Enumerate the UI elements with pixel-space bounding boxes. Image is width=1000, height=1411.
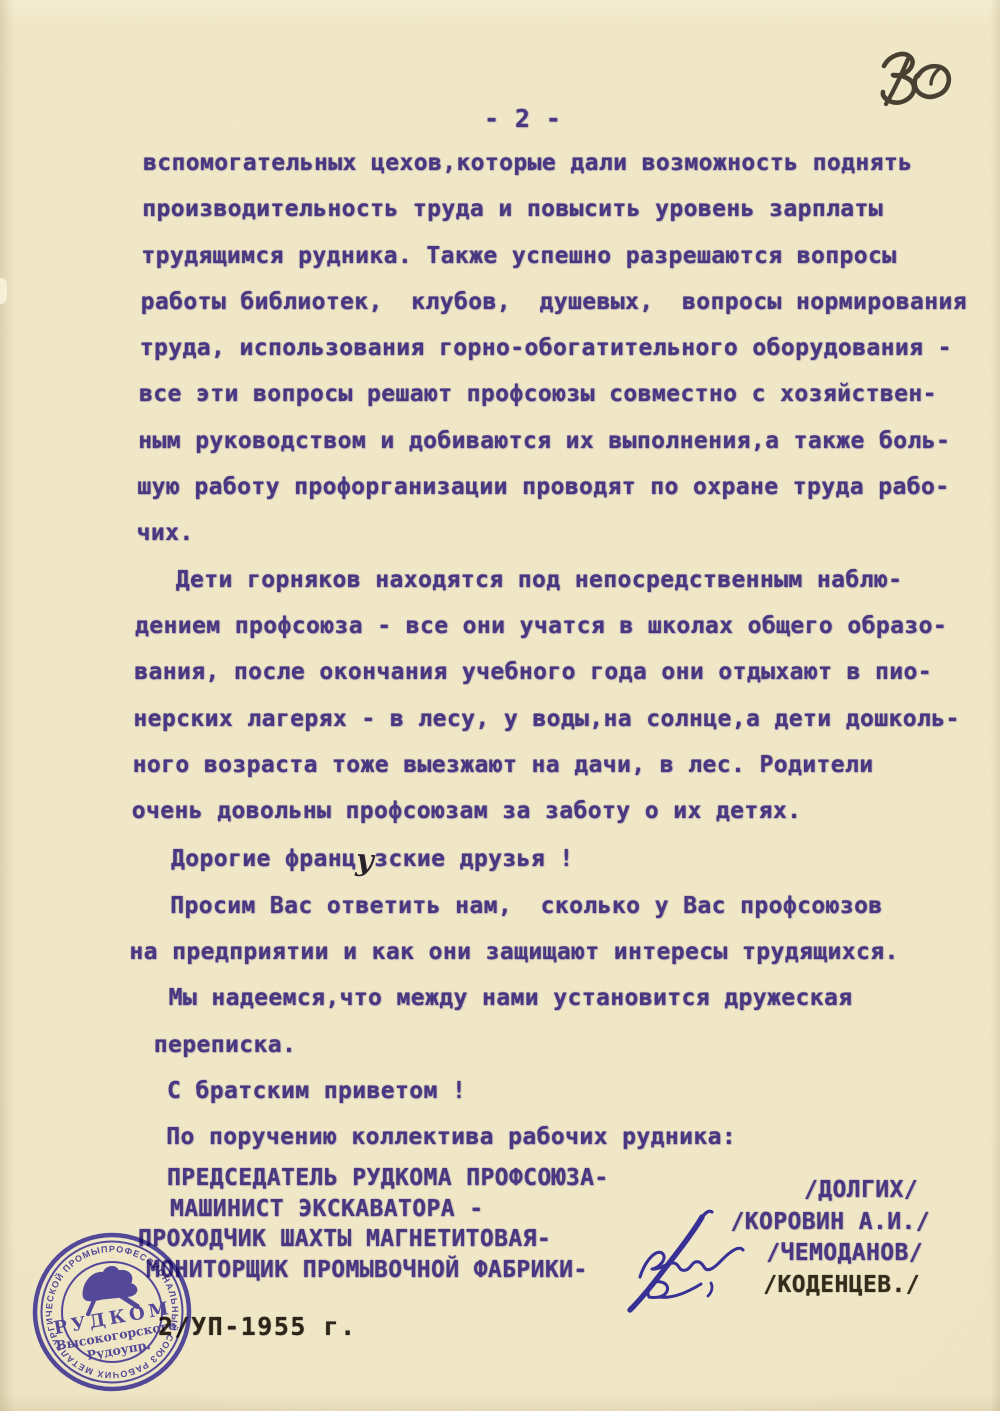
typed-line: работы библиотек, клубов, душевых, вопро… xyxy=(141,279,1000,325)
typed-line: Дети горняков находятся под непосредстве… xyxy=(136,557,1000,603)
handwritten-correction: у xyxy=(355,838,376,885)
handwritten-page-index xyxy=(855,42,970,127)
typed-line: переписка. xyxy=(128,1022,1000,1068)
typed-line: все эти вопросы решают профсоюзы совмест… xyxy=(139,371,1000,417)
typed-text: Дорогие франц xyxy=(171,846,356,872)
typed-line: Просим Вас ответить нам, сколько у Вас п… xyxy=(130,883,1000,929)
typed-text: зские друзья ! xyxy=(374,846,573,872)
typed-line: Дорогие французские друзья ! xyxy=(131,834,1000,882)
typed-line: дением профсоюза - все они учатся в школ… xyxy=(135,603,1000,649)
typed-line: С братским приветом ! xyxy=(127,1068,1000,1114)
typed-line: нерских лагерях - в лесу, у воды,на солн… xyxy=(133,696,1000,742)
typed-line: ным руководством и добиваются их выполне… xyxy=(138,418,1000,464)
paper-edge-notch xyxy=(0,278,7,304)
letter-body: вспомогательных цехов,которые дали возмо… xyxy=(143,140,1000,1161)
typed-line: По поручению коллектива рабочих рудника: xyxy=(126,1114,1000,1160)
typed-line: вспомогательных цехов,которые дали возмо… xyxy=(143,140,1000,186)
page-number: - 2 - xyxy=(484,104,561,134)
typed-line: Мы надеемся,что между нами установится д… xyxy=(129,975,1000,1021)
typed-line: трудящимся рудника. Также успешно разреш… xyxy=(141,233,1000,279)
round-stamp: ПРОФЕССИОНАЛЬНЫЙ СОЮЗ РАБОЧИХ МЕТАЛЛУРГИ… xyxy=(24,1224,200,1400)
typed-line: чих. xyxy=(137,510,1000,556)
typed-line: на предприятии и как они защищают интере… xyxy=(129,929,1000,975)
typed-line: производительность труда и повысить уров… xyxy=(142,186,1000,232)
document-page: - 2 - вспомогательных цехов,которые дали… xyxy=(0,0,1000,1411)
signature-role: МАШИНИСТ ЭКСКАВАТОРА - xyxy=(170,1194,612,1225)
signature-roles: ПРЕДСЕДАТЕЛЬ РУДКОМА ПРОФСОЮЗА-МАШИНИСТ … xyxy=(143,1163,585,1285)
signature-role: ПРОХОДЧИК ШАХТЫ МАГНЕТИТОВАЯ- xyxy=(138,1224,580,1255)
typed-line: вания, после окончания учебного года они… xyxy=(134,649,1000,695)
signature-role: МОНИТОРЩИК ПРОМЫВОЧНОЙ ФАБРИКИ- xyxy=(146,1255,588,1286)
typed-line: очень довольны профсоюзам за заботу о их… xyxy=(132,788,1000,834)
handwritten-signature xyxy=(595,1200,760,1325)
signature-role: ПРЕДСЕДАТЕЛЬ РУДКОМА ПРОФСОЮЗА- xyxy=(167,1163,609,1194)
typed-line: шую работу профорганизации проводят по о… xyxy=(137,464,1000,510)
typed-line: ного возраста тоже выезжают на дачи, в л… xyxy=(133,742,1000,788)
typed-line: труда, использования горно-обогатительно… xyxy=(140,325,1000,371)
